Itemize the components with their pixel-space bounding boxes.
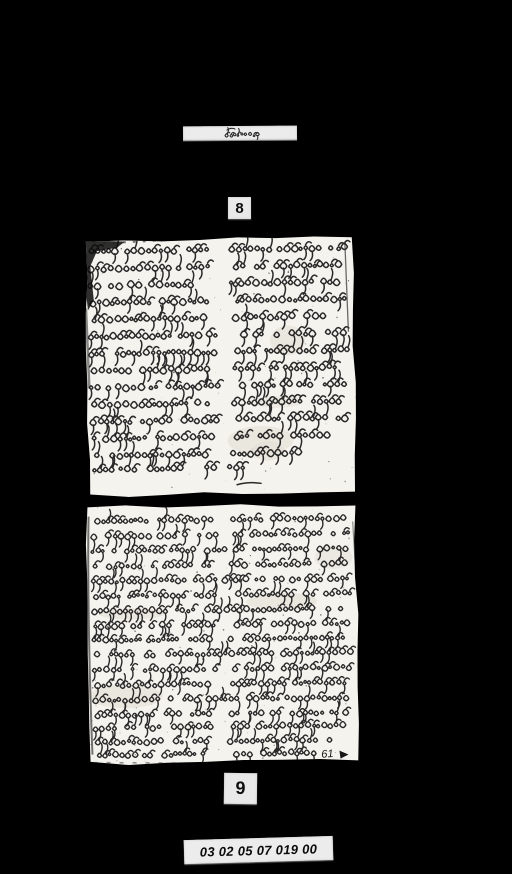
page-number-label-9: 9 <box>224 773 257 804</box>
header-label-strip <box>183 126 297 141</box>
footer-code-text: 03 02 05 07 019 00 <box>200 841 318 859</box>
page-number-label-8: 8 <box>228 197 251 219</box>
svg-text:61: 61 <box>321 748 334 761</box>
manuscript-page-8 <box>83 234 360 500</box>
microfilm-frame: 8 61 9 03 02 05 07 019 00 <box>0 0 512 874</box>
manuscript-page-8-content <box>83 234 360 500</box>
footer-code-label: 03 02 05 07 019 00 <box>184 836 334 864</box>
header-label-script <box>183 126 297 141</box>
manuscript-page-9-content: 61 <box>84 501 361 766</box>
manuscript-page-9: 61 <box>84 501 361 766</box>
